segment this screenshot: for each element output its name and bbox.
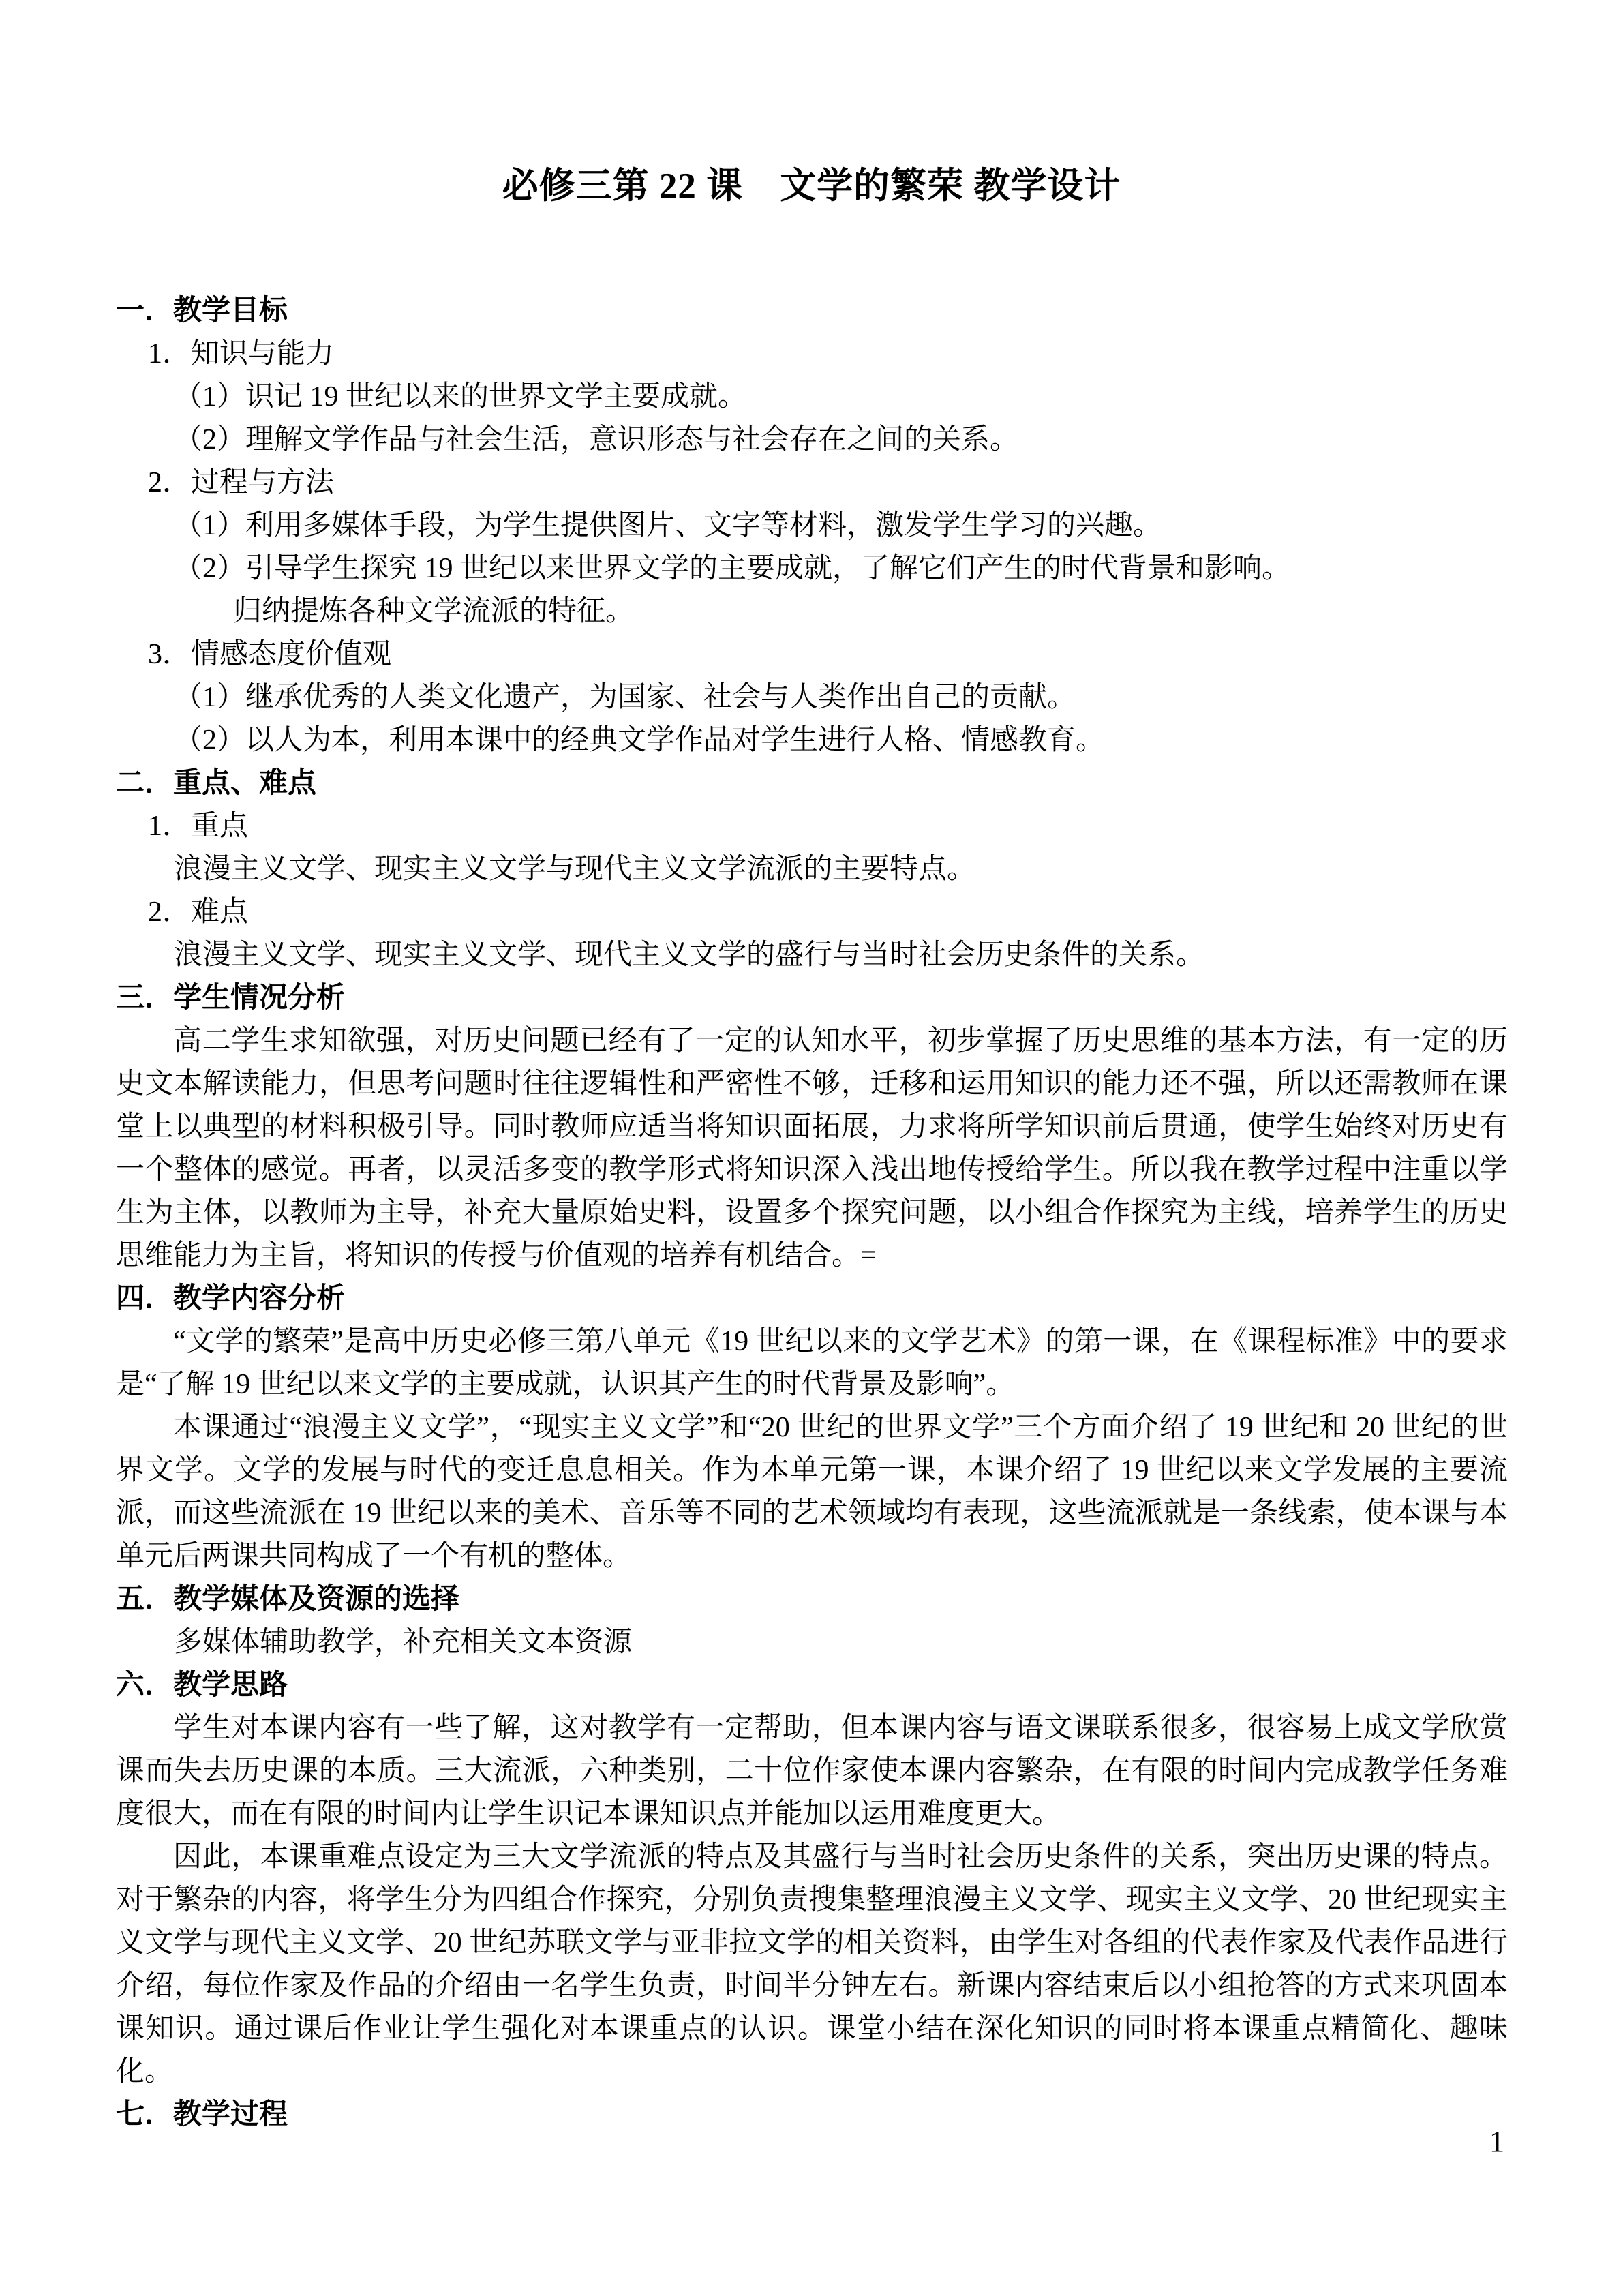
list-item: （1）继承优秀的人类文化遗产，为国家、社会与人类作出自己的贡献。 [116, 676, 1508, 719]
list-item: 多媒体辅助教学，补充相关文本资源 [116, 1621, 1508, 1664]
section-teaching-process: 七．教学过程 [116, 2094, 1508, 2136]
page-number: 1 [1489, 2127, 1504, 2157]
list-item: （2）以人为本，利用本课中的经典文学作品对学生进行人格、情感教育。 [116, 719, 1508, 762]
list-item: 浪漫主义文学、现实主义文学与现代主义文学流派的主要特点。 [116, 848, 1508, 891]
section-heading: 五．教学媒体及资源的选择 [116, 1578, 1508, 1621]
paragraph: 高二学生求知欲强，对历史问题已经有了一定的认知水平，初步掌握了历史思维的基本方法… [116, 1020, 1508, 1278]
paragraph: 学生对本课内容有一些了解，这对教学有一定帮助，但本课内容与语文课联系很多，很容易… [116, 1707, 1508, 1836]
list-item: 浪漫主义文学、现实主义文学、现代主义文学的盛行与当时社会历史条件的关系。 [116, 934, 1508, 977]
section-teaching-approach: 六．教学思路 学生对本课内容有一些了解，这对教学有一定帮助，但本课内容与语文课联… [116, 1664, 1508, 2094]
list-item: 3．情感态度价值观 [116, 633, 1508, 676]
document-page: 必修三第 22 课 文学的繁荣 教学设计 一．教学目标 1．知识与能力 （1）识… [0, 0, 1623, 2296]
list-item: （2）引导学生探究 19 世纪以来世界文学的主要成就，了解它们产生的时代背景和影… [116, 547, 1508, 590]
section-heading: 二．重点、难点 [116, 762, 1508, 805]
list-item: 2．难点 [116, 891, 1508, 934]
list-item: 1．重点 [116, 805, 1508, 848]
section-key-difficult-points: 二．重点、难点 1．重点 浪漫主义文学、现实主义文学与现代主义文学流派的主要特点… [116, 762, 1508, 977]
section-heading: 三．学生情况分析 [116, 977, 1508, 1020]
section-heading: 七．教学过程 [116, 2094, 1508, 2136]
document-title: 必修三第 22 课 文学的繁荣 教学设计 [0, 162, 1623, 210]
section-student-analysis: 三．学生情况分析 高二学生求知欲强，对历史问题已经有了一定的认知水平，初步掌握了… [116, 977, 1508, 1278]
list-item: （1）利用多媒体手段，为学生提供图片、文字等材料，激发学生学习的兴趣。 [116, 504, 1508, 547]
list-item: （1）识记 19 世纪以来的世界文学主要成就。 [116, 376, 1508, 419]
paragraph: 因此，本课重难点设定为三大文学流派的特点及其盛行与当时社会历史条件的关系，突出历… [116, 1836, 1508, 2094]
paragraph: “文学的繁荣”是高中历史必修三第八单元《19 世纪以来的文学艺术》的第一课，在《… [116, 1320, 1508, 1406]
list-item: 2．过程与方法 [116, 462, 1508, 504]
section-heading: 四．教学内容分析 [116, 1278, 1508, 1320]
section-teaching-objectives: 一．教学目标 1．知识与能力 （1）识记 19 世纪以来的世界文学主要成就。 （… [116, 290, 1508, 762]
section-content-analysis: 四．教学内容分析 “文学的繁荣”是高中历史必修三第八单元《19 世纪以来的文学艺… [116, 1278, 1508, 1578]
list-item: （2）理解文学作品与社会生活，意识形态与社会存在之间的关系。 [116, 419, 1508, 462]
list-item: 1．知识与能力 [116, 333, 1508, 376]
document-body: 一．教学目标 1．知识与能力 （1）识记 19 世纪以来的世界文学主要成就。 （… [116, 290, 1508, 2136]
section-media-resources: 五．教学媒体及资源的选择 多媒体辅助教学，补充相关文本资源 [116, 1578, 1508, 1664]
paragraph: 本课通过“浪漫主义文学”，“现实主义文学”和“20 世纪的世界文学”三个方面介绍… [116, 1406, 1508, 1578]
section-heading: 六．教学思路 [116, 1664, 1508, 1707]
section-heading: 一．教学目标 [116, 290, 1508, 333]
list-item-continuation: 归纳提炼各种文学流派的特征。 [116, 590, 1508, 633]
